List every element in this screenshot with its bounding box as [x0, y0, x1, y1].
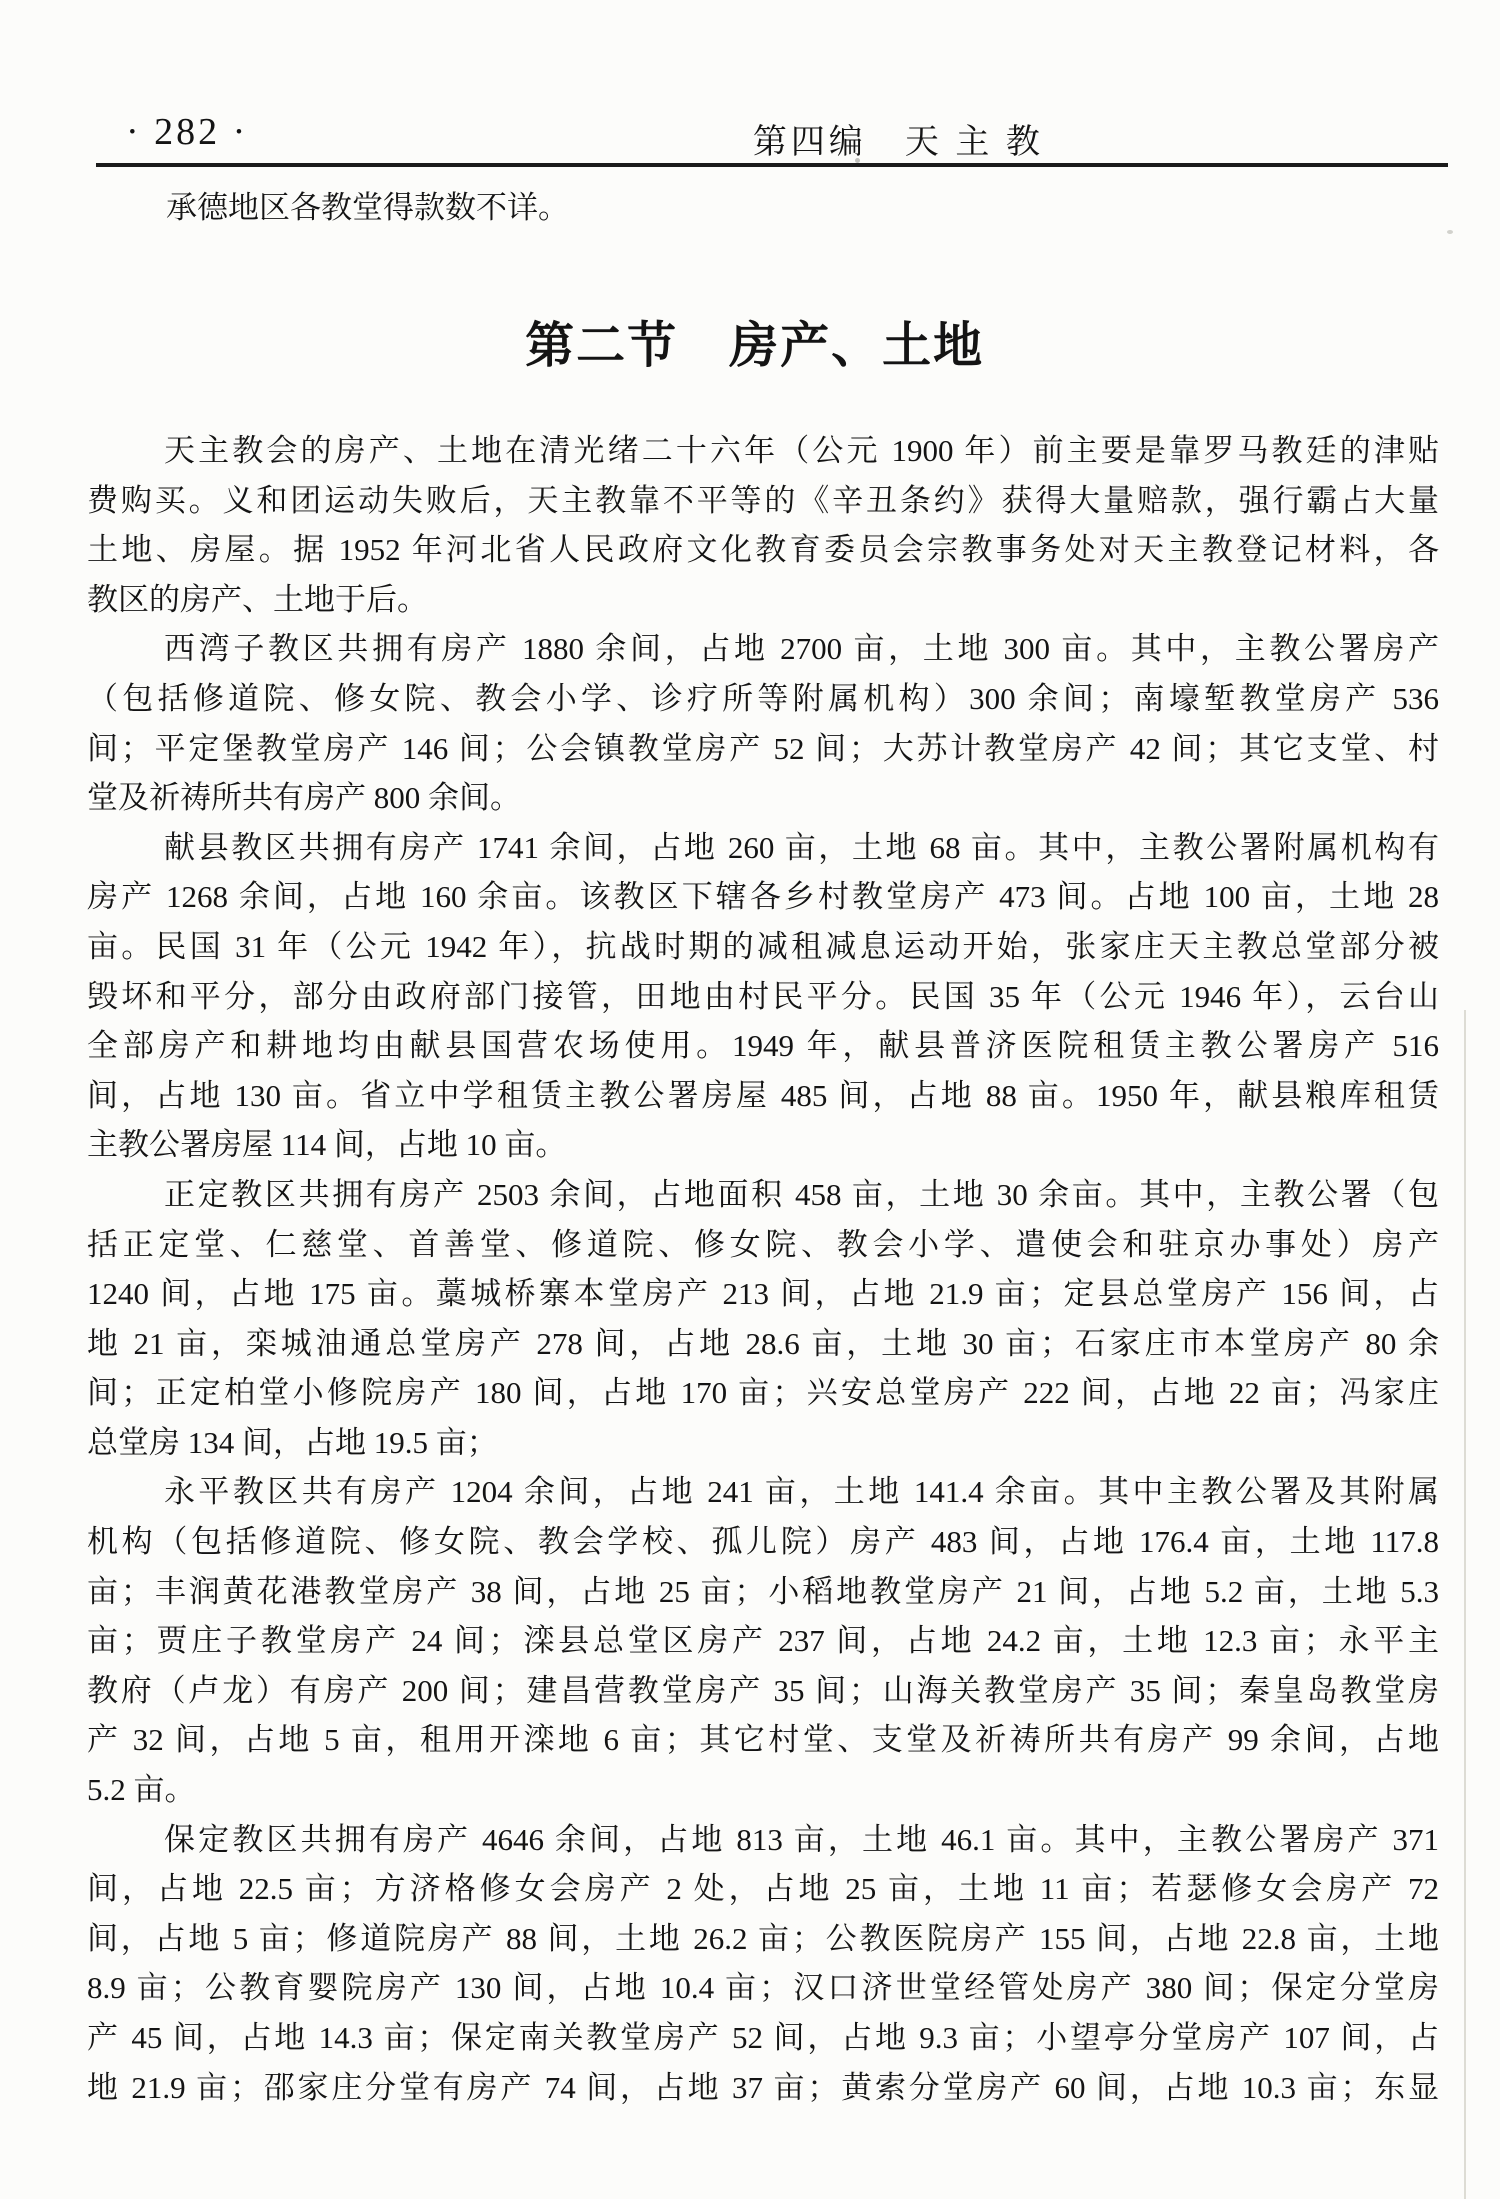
text-line: 地 21 亩，栾城油通总堂房产 278 间，占地 28.6 亩，土地 30 亩；…: [87, 1319, 1439, 1369]
book-page: · 282 · 第四编 天 主 教 承德地区各教堂得款数不详。 第二节 房产、土…: [0, 0, 1500, 2199]
text-line: 产 45 间，占地 14.3 亩；保定南关教堂房产 52 间，占地 9.3 亩；…: [87, 2013, 1439, 2063]
page-number: · 282 ·: [126, 110, 248, 154]
text-line: 永平教区共有房产 1204 余间，占地 241 亩，土地 141.4 余亩。其中…: [87, 1467, 1439, 1517]
text-line: 间；平定堡教堂房产 146 间；公会镇教堂房产 52 间；大苏计教堂房产 42 …: [87, 724, 1439, 774]
scan-speck-artifact: [855, 158, 860, 163]
running-header: 第四编 天 主 教: [753, 114, 1044, 163]
scan-speck-artifact: [1447, 230, 1453, 234]
text-line: 间，占地 5 亩；修道院房产 88 间，土地 26.2 亩；公教医院房产 155…: [87, 1914, 1439, 1964]
text-line: 间，占地 130 亩。省立中学租赁主教公署房屋 485 间，占地 88 亩。19…: [87, 1071, 1439, 1121]
text-line: 保定教区共拥有房产 4646 余间，占地 813 亩，土地 46.1 亩。其中，…: [87, 1815, 1439, 1865]
text-line: 地 21.9 亩；邵家庄分堂有房产 74 间，占地 37 亩；黄索分堂房产 60…: [87, 2063, 1439, 2113]
text-line: 机构（包括修道院、修女院、教会学校、孤儿院）房产 483 间，占地 176.4 …: [87, 1517, 1439, 1567]
text-line: 亩；贾庄子教堂房产 24 间；滦县总堂区房产 237 间，占地 24.2 亩，土…: [87, 1616, 1439, 1666]
text-line: 间；正定柏堂小修院房产 180 间，占地 170 亩；兴安总堂房产 222 间，…: [87, 1368, 1439, 1418]
text-line: 1240 间，占地 175 亩。藁城桥寨本堂房产 213 间，占地 21.9 亩…: [87, 1269, 1439, 1319]
text-line: 正定教区共拥有房产 2503 余间，占地面积 458 亩，土地 30 余亩。其中…: [87, 1170, 1439, 1220]
text-line: 献县教区共拥有房产 1741 余间，占地 260 亩，土地 68 亩。其中，主教…: [87, 823, 1439, 873]
section-title: 第二节 房产、土地: [525, 307, 984, 377]
text-line: 堂及祈祷所共有房产 800 余间。: [87, 773, 1439, 823]
text-line: 亩；丰润黄花港教堂房产 38 间，占地 25 亩；小稻地教堂房产 21 间，占地…: [87, 1567, 1439, 1617]
intro-note: 承德地区各教堂得款数不详。: [166, 182, 569, 227]
header-rule: [96, 163, 1448, 167]
text-line: 全部房产和耕地均由献县国营农场使用。1949 年，献县普济医院租赁主教公署房产 …: [87, 1021, 1439, 1071]
text-line: 天主教会的房产、土地在清光绪二十六年（公元 1900 年）前主要是靠罗马教廷的津…: [87, 426, 1439, 476]
text-line: 亩。民国 31 年（公元 1942 年），抗战时期的减租减息运动开始，张家庄天主…: [87, 922, 1439, 972]
body-text: 天主教会的房产、土地在清光绪二十六年（公元 1900 年）前主要是靠罗马教廷的津…: [87, 426, 1439, 2112]
text-line: 房产 1268 余间，占地 160 余亩。该教区下辖各乡村教堂房产 473 间。…: [87, 872, 1439, 922]
text-line: 教府（卢龙）有房产 200 间；建昌营教堂房产 35 间；山海关教堂房产 35 …: [87, 1666, 1439, 1716]
text-line: 8.9 亩；公教育婴院房产 130 间，占地 10.4 亩；汉口济世堂经管处房产…: [87, 1963, 1439, 2013]
text-line: 西湾子教区共拥有房产 1880 余间，占地 2700 亩，土地 300 亩。其中…: [87, 624, 1439, 674]
scan-edge-artifact: [1464, 1010, 1466, 2199]
text-line: 括正定堂、仁慈堂、首善堂、修道院、修女院、教会小学、遣使会和驻京办事处）房产: [87, 1220, 1439, 1270]
text-line: 毁坏和平分，部分由政府部门接管，田地由村民平分。民国 35 年（公元 1946 …: [87, 972, 1439, 1022]
text-line: （包括修道院、修女院、教会小学、诊疗所等附属机构）300 余间；南壕堑教堂房产 …: [87, 674, 1439, 724]
text-line: 土地、房屋。据 1952 年河北省人民政府文化教育委员会宗教事务处对天主教登记材…: [87, 525, 1439, 575]
text-line: 费购买。义和团运动失败后，天主教靠不平等的《辛丑条约》获得大量赔款，强行霸占大量: [87, 476, 1439, 526]
text-line: 5.2 亩。: [87, 1765, 1439, 1815]
text-line: 教区的房产、土地于后。: [87, 575, 1439, 625]
text-line: 间，占地 22.5 亩；方济格修女会房产 2 处，占地 25 亩，土地 11 亩…: [87, 1864, 1439, 1914]
text-line: 产 32 间，占地 5 亩，租用开滦地 6 亩；其它村堂、支堂及祈祷所共有房产 …: [87, 1715, 1439, 1765]
text-line: 主教公署房屋 114 间，占地 10 亩。: [87, 1120, 1439, 1170]
text-line: 总堂房 134 间，占地 19.5 亩；: [87, 1418, 1439, 1468]
